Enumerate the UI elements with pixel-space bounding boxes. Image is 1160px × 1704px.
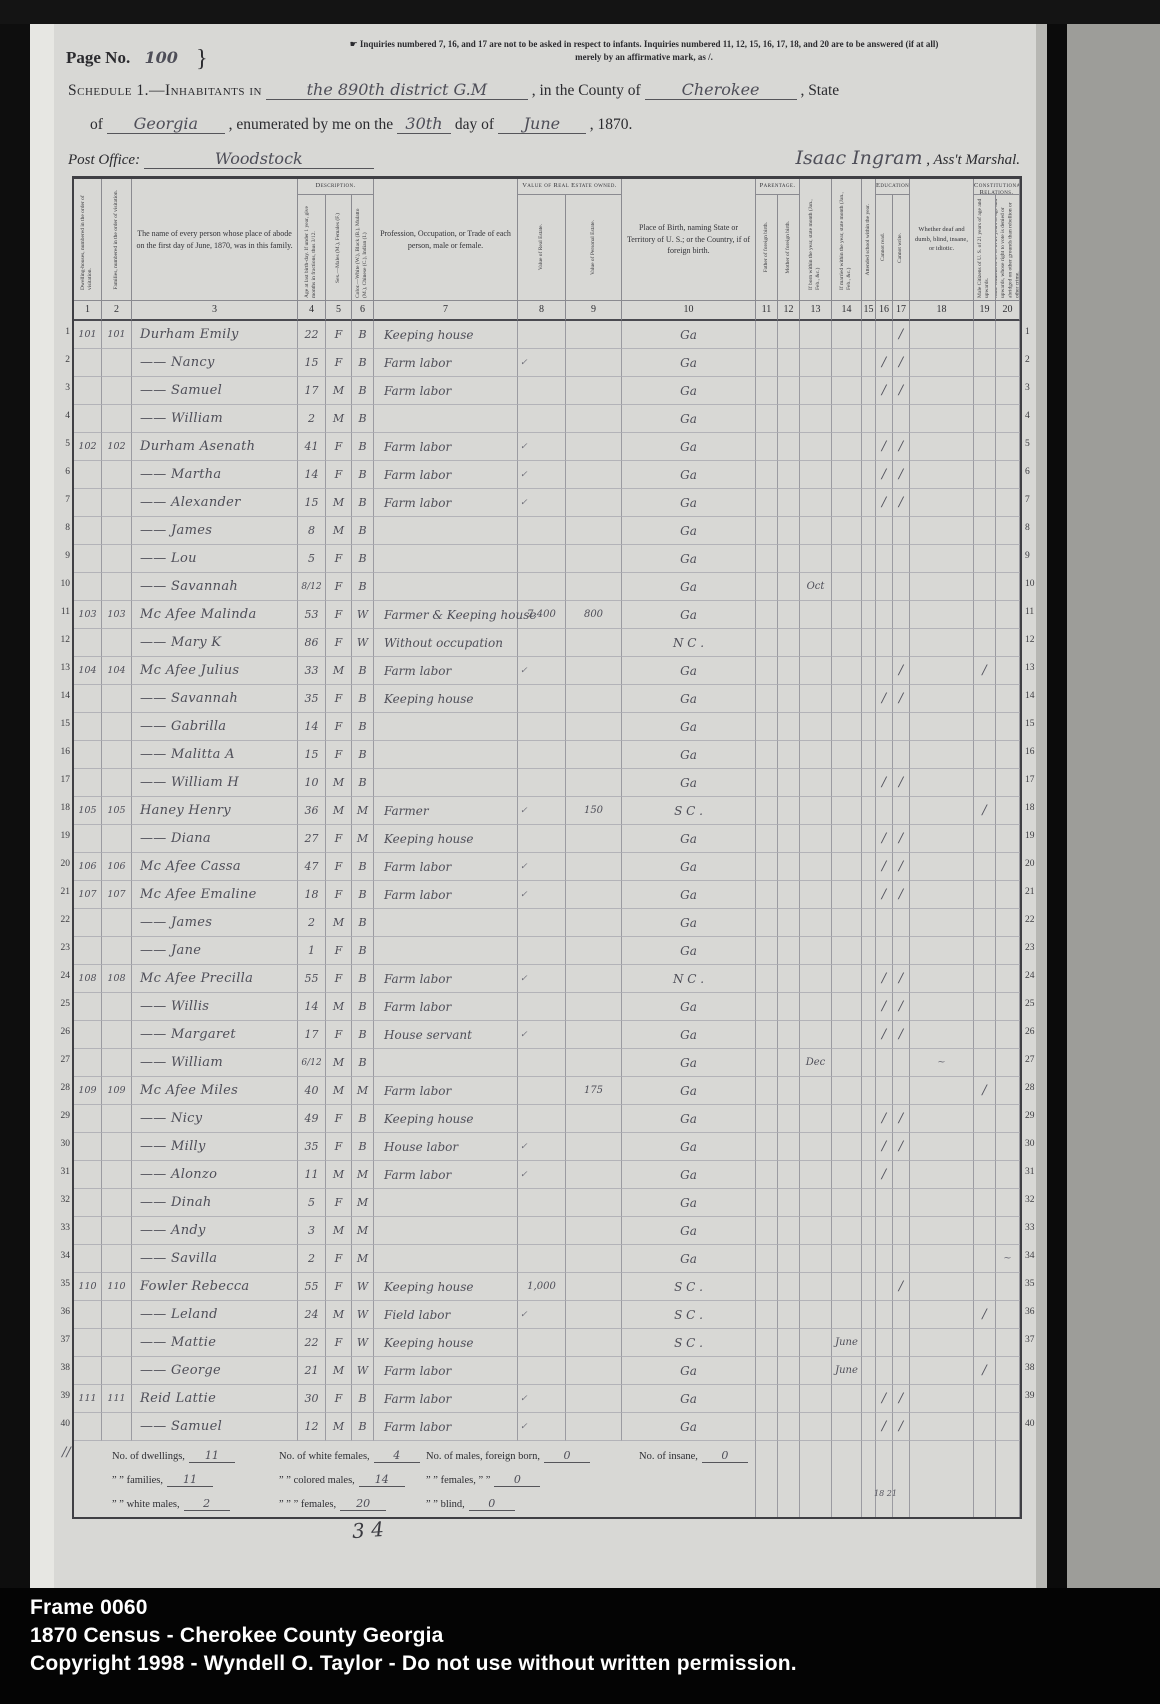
cell-r29-c18	[910, 1105, 974, 1133]
cell-r19-c4: 27	[298, 825, 326, 853]
post-office-label: Post Office:	[68, 152, 140, 168]
totals-empty-cell	[778, 1441, 800, 1517]
cell-r1-c18	[910, 321, 974, 349]
total-stat: ” ” ” females,20	[279, 1497, 386, 1511]
cell-r5-c5: F	[326, 433, 352, 461]
cell-r4-c14	[832, 405, 862, 433]
cell-r6-c2	[102, 461, 132, 489]
cell-r19-c15	[862, 825, 876, 853]
cell-r9-c11	[756, 545, 778, 573]
row-number: 6	[56, 458, 70, 486]
cell-r26-c6: B	[352, 1021, 374, 1049]
cell-r16-c17	[893, 741, 910, 769]
year-label: , 1870.	[590, 116, 633, 133]
cell-r6-c5: F	[326, 461, 352, 489]
col-title: The name of every person whose place of …	[132, 228, 297, 251]
cell-r38-c19: /	[974, 1357, 996, 1385]
col-title: If married within the year, state month …	[839, 190, 853, 290]
cell-r13-c4: 33	[298, 657, 326, 685]
row-number: 20	[56, 850, 70, 878]
cell-r11-c15	[862, 601, 876, 629]
col-number-13: 13	[800, 301, 832, 321]
cell-r24-c10: N C .	[622, 965, 756, 993]
cell-r32-c2	[102, 1189, 132, 1217]
cell-r21-c19	[974, 881, 996, 909]
cell-r40-c13	[800, 1413, 832, 1441]
cell-r27-c6: B	[352, 1049, 374, 1077]
cell-r13-c15	[862, 657, 876, 685]
row-number: 37	[56, 1326, 70, 1354]
cell-r15-c5: F	[326, 713, 352, 741]
cell-r21-c6: B	[352, 881, 374, 909]
cell-r37-c1	[74, 1329, 102, 1357]
cell-r1-c1: 101	[74, 321, 102, 349]
cell-r40-c1	[74, 1413, 102, 1441]
cell-r40-c8: ✓	[518, 1413, 566, 1441]
cell-r28-c20	[996, 1077, 1020, 1105]
cell-r21-c10: Ga	[622, 881, 756, 909]
cell-r14-c10: Ga	[622, 685, 756, 713]
cell-r1-c2: 101	[102, 321, 132, 349]
cell-r39-c16: /	[876, 1385, 893, 1413]
col-title: Age at last birth-day. If under 1 year, …	[304, 198, 318, 298]
cell-r38-c7: Farm labor	[374, 1357, 518, 1385]
row-number: 29	[56, 1102, 70, 1130]
cell-r2-c2	[102, 349, 132, 377]
cell-r1-c11	[756, 321, 778, 349]
col-header-14: If married within the year, state month …	[832, 179, 862, 301]
cell-r36-c4: 24	[298, 1301, 326, 1329]
total-value: 0	[494, 1473, 540, 1487]
cell-r1-c16	[876, 321, 893, 349]
cell-r32-c15	[862, 1189, 876, 1217]
cell-r34-c5: F	[326, 1245, 352, 1273]
cell-r36-c2	[102, 1301, 132, 1329]
cell-r5-c15	[862, 433, 876, 461]
cell-r19-c5: F	[326, 825, 352, 853]
cell-r10-c14	[832, 573, 862, 601]
cell-r21-c9	[566, 881, 622, 909]
cell-r23-c13	[800, 937, 832, 965]
cell-r21-c14	[832, 881, 862, 909]
scan-left-edge	[0, 0, 30, 1704]
row-number: 39	[1025, 1382, 1039, 1410]
cell-r1-c19	[974, 321, 996, 349]
col-header-5: Sex.—Males (M.), Females (F.)	[326, 195, 352, 301]
cell-r33-c6: M	[352, 1217, 374, 1245]
cell-r31-c6: M	[352, 1161, 374, 1189]
cell-r3-c15	[862, 377, 876, 405]
cell-r39-c12	[778, 1385, 800, 1413]
cell-r22-c13	[800, 909, 832, 937]
row-number: 28	[56, 1074, 70, 1102]
cell-r35-c19	[974, 1273, 996, 1301]
cell-r11-c6: W	[352, 601, 374, 629]
cell-r2-c16: /	[876, 349, 893, 377]
cell-r38-c3: —— George	[132, 1357, 298, 1385]
cell-r21-c20	[996, 881, 1020, 909]
pencil-scribble: 3 4	[351, 1517, 384, 1543]
cell-r18-c10: S C .	[622, 797, 756, 825]
cell-r3-c17: /	[893, 377, 910, 405]
cell-r36-c11	[756, 1301, 778, 1329]
cell-r2-c13	[800, 349, 832, 377]
cell-r19-c6: M	[352, 825, 374, 853]
cell-r38-c2	[102, 1357, 132, 1385]
row-number: 3	[56, 374, 70, 402]
cell-r25-c5: M	[326, 993, 352, 1021]
col-title: Whether deaf and dumb, blind, insane, or…	[910, 225, 973, 253]
cell-r32-c20	[996, 1189, 1020, 1217]
cell-r15-c10: Ga	[622, 713, 756, 741]
cell-r23-c10: Ga	[622, 937, 756, 965]
totals-empty-cell	[876, 1441, 893, 1517]
cell-r17-c6: B	[352, 769, 374, 797]
col-title: Male Citizens of U. S. of 21 years of ag…	[996, 198, 1020, 298]
totals-empty-cell	[893, 1441, 910, 1517]
cell-r37-c19	[974, 1329, 996, 1357]
cell-r16-c15	[862, 741, 876, 769]
cell-r16-c19	[974, 741, 996, 769]
cell-r34-c8	[518, 1245, 566, 1273]
cell-r34-c14	[832, 1245, 862, 1273]
totals-block: No. of dwellings,11No. of white females,…	[74, 1441, 756, 1517]
cell-r5-c13	[800, 433, 832, 461]
cell-r29-c15	[862, 1105, 876, 1133]
cell-r37-c18	[910, 1329, 974, 1357]
cell-r11-c19	[974, 601, 996, 629]
col-header-8: Value of Real Estate.	[518, 195, 566, 301]
cell-r19-c11	[756, 825, 778, 853]
cell-r17-c20	[996, 769, 1020, 797]
row-number: 5	[56, 430, 70, 458]
cell-r35-c16	[876, 1273, 893, 1301]
cell-r11-c12	[778, 601, 800, 629]
row-number: 21	[1025, 878, 1039, 906]
cell-r39-c11	[756, 1385, 778, 1413]
cell-r7-c4: 15	[298, 489, 326, 517]
cell-r27-c14	[832, 1049, 862, 1077]
cell-r9-c2	[102, 545, 132, 573]
cell-r30-c10: Ga	[622, 1133, 756, 1161]
cell-r13-c2: 104	[102, 657, 132, 685]
cell-r13-c6: B	[352, 657, 374, 685]
cell-r35-c3: Fowler Rebecca	[132, 1273, 298, 1301]
row-number: 13	[1025, 654, 1039, 682]
cell-r11-c18	[910, 601, 974, 629]
cell-r30-c13	[800, 1133, 832, 1161]
cell-r40-c16: /	[876, 1413, 893, 1441]
row-number: 38	[1025, 1354, 1039, 1382]
cell-r14-c14	[832, 685, 862, 713]
row-number: 23	[1025, 934, 1039, 962]
cell-r27-c12	[778, 1049, 800, 1077]
cell-r8-c15	[862, 517, 876, 545]
cell-r33-c1	[74, 1217, 102, 1245]
cell-r40-c19	[974, 1413, 996, 1441]
cell-r8-c8	[518, 517, 566, 545]
col-number-19: 19	[974, 301, 996, 321]
cell-r17-c19	[974, 769, 996, 797]
cell-r15-c1	[74, 713, 102, 741]
cell-r19-c9	[566, 825, 622, 853]
cell-r10-c20	[996, 573, 1020, 601]
cell-r36-c12	[778, 1301, 800, 1329]
cell-r25-c2	[102, 993, 132, 1021]
col-title: Sex.—Males (M.), Females (F.)	[335, 213, 342, 283]
cell-r27-c7	[374, 1049, 518, 1077]
cell-r15-c4: 14	[298, 713, 326, 741]
row-numbers-left: 1234567891011121314151617181920212223242…	[56, 176, 72, 1519]
row-number: 28	[1025, 1074, 1039, 1102]
cell-r5-c4: 41	[298, 433, 326, 461]
cell-r30-c18	[910, 1133, 974, 1161]
cell-r32-c14	[832, 1189, 862, 1217]
cell-r7-c11	[756, 489, 778, 517]
cell-r4-c5: M	[326, 405, 352, 433]
cell-r29-c5: F	[326, 1105, 352, 1133]
cell-r16-c10: Ga	[622, 741, 756, 769]
cell-r9-c4: 5	[298, 545, 326, 573]
cell-r12-c3: —— Mary K	[132, 629, 298, 657]
cell-r16-c14	[832, 741, 862, 769]
cell-r12-c6: W	[352, 629, 374, 657]
cell-r39-c4: 30	[298, 1385, 326, 1413]
total-value: 20	[340, 1497, 386, 1511]
cell-r34-c3: —— Savilla	[132, 1245, 298, 1273]
row-number: 9	[56, 542, 70, 570]
cell-r3-c13	[800, 377, 832, 405]
enumerated-label: , enumerated by me on the	[229, 116, 393, 133]
cell-r38-c17	[893, 1357, 910, 1385]
cell-r15-c2	[102, 713, 132, 741]
cell-r26-c17: /	[893, 1021, 910, 1049]
cell-r13-c10: Ga	[622, 657, 756, 685]
cell-r2-c12	[778, 349, 800, 377]
cell-r25-c13	[800, 993, 832, 1021]
totals-empty-cell	[910, 1441, 974, 1517]
cell-r8-c16	[876, 517, 893, 545]
cell-r23-c12	[778, 937, 800, 965]
row-number: 3	[1025, 374, 1039, 402]
cell-r40-c15	[862, 1413, 876, 1441]
cell-r18-c8: ✓	[518, 797, 566, 825]
totals-empty-cell	[800, 1441, 832, 1517]
cell-r16-c18	[910, 741, 974, 769]
row-number: 26	[1025, 1018, 1039, 1046]
state-word: , State	[800, 82, 839, 99]
cell-r15-c3: —— Gabrilla	[132, 713, 298, 741]
cell-r23-c6: B	[352, 937, 374, 965]
cell-r24-c5: F	[326, 965, 352, 993]
col-number-3: 3	[132, 301, 298, 321]
cell-r20-c3: Mc Afee Cassa	[132, 853, 298, 881]
cell-r12-c15	[862, 629, 876, 657]
cell-r22-c7	[374, 909, 518, 937]
cell-r8-c10: Ga	[622, 517, 756, 545]
cell-r27-c5: M	[326, 1049, 352, 1077]
col-number-17: 17	[893, 301, 910, 321]
row-number: 4	[56, 402, 70, 430]
cell-r26-c20	[996, 1021, 1020, 1049]
cell-r20-c2: 106	[102, 853, 132, 881]
col-title: Cannot write.	[897, 233, 904, 263]
cell-r39-c14	[832, 1385, 862, 1413]
cell-r24-c18	[910, 965, 974, 993]
cell-r2-c11	[756, 349, 778, 377]
cell-r18-c6: M	[352, 797, 374, 825]
cell-r24-c3: Mc Afee Precilla	[132, 965, 298, 993]
total-stat: No. of dwellings,11	[112, 1449, 235, 1463]
cell-r4-c12	[778, 405, 800, 433]
cell-r4-c3: —— William	[132, 405, 298, 433]
total-stat: ” ” blind,0	[426, 1497, 515, 1511]
cell-r39-c10: Ga	[622, 1385, 756, 1413]
row-numbers-right: 1234567891011121314151617181920212223242…	[1022, 176, 1039, 1519]
cell-r16-c5: F	[326, 741, 352, 769]
cell-r2-c5: F	[326, 349, 352, 377]
cell-r19-c19	[974, 825, 996, 853]
county-value: Cherokee	[645, 80, 797, 100]
cell-r3-c3: —— Samuel	[132, 377, 298, 405]
cell-r23-c3: —— Jane	[132, 937, 298, 965]
cell-r25-c9	[566, 993, 622, 1021]
cell-r5-c14	[832, 433, 862, 461]
cell-r30-c1	[74, 1133, 102, 1161]
row-number: 2	[56, 346, 70, 374]
cell-r8-c11	[756, 517, 778, 545]
cell-r18-c13	[800, 797, 832, 825]
cell-r39-c15	[862, 1385, 876, 1413]
cell-r11-c20	[996, 601, 1020, 629]
cell-r8-c3: —— James	[132, 517, 298, 545]
cell-r16-c3: —— Malitta A	[132, 741, 298, 769]
cell-r9-c3: —— Lou	[132, 545, 298, 573]
cell-r7-c13	[800, 489, 832, 517]
cell-r10-c1	[74, 573, 102, 601]
cell-r5-c3: Durham Asenath	[132, 433, 298, 461]
cell-r14-c7: Keeping house	[374, 685, 518, 713]
cell-r4-c8	[518, 405, 566, 433]
cell-r40-c2	[102, 1413, 132, 1441]
cell-r36-c18	[910, 1301, 974, 1329]
cell-r33-c3: —— Andy	[132, 1217, 298, 1245]
cell-r6-c19	[974, 461, 996, 489]
row-number: 33	[1025, 1214, 1039, 1242]
cell-r37-c16	[876, 1329, 893, 1357]
schedule-label: Schedule 1.—Inhabitants in	[68, 82, 262, 99]
cell-r29-c12	[778, 1105, 800, 1133]
cell-r33-c20	[996, 1217, 1020, 1245]
cell-r4-c11	[756, 405, 778, 433]
cell-r3-c7: Farm labor	[374, 377, 518, 405]
cell-r31-c18	[910, 1161, 974, 1189]
cell-r7-c2	[102, 489, 132, 517]
cell-r8-c9	[566, 517, 622, 545]
cell-r31-c7: Farm labor	[374, 1161, 518, 1189]
cell-r8-c17	[893, 517, 910, 545]
cell-r8-c18	[910, 517, 974, 545]
cell-r25-c20	[996, 993, 1020, 1021]
row-number: 32	[56, 1186, 70, 1214]
cell-r37-c10: S C .	[622, 1329, 756, 1357]
row-number: 2	[1025, 346, 1039, 374]
cell-r6-c7: Farm labor	[374, 461, 518, 489]
gutter-spacer	[1025, 176, 1039, 318]
cell-r18-c14	[832, 797, 862, 825]
cell-r19-c2	[102, 825, 132, 853]
cell-r23-c16	[876, 937, 893, 965]
cell-r30-c5: F	[326, 1133, 352, 1161]
cell-r2-c20	[996, 349, 1020, 377]
caption-title: 1870 Census - Cherokee County Georgia	[30, 1624, 444, 1648]
cell-r33-c7	[374, 1217, 518, 1245]
cell-r10-c5: F	[326, 573, 352, 601]
cell-r16-c1	[74, 741, 102, 769]
cell-r26-c12	[778, 1021, 800, 1049]
cell-r15-c20	[996, 713, 1020, 741]
cell-r14-c11	[756, 685, 778, 713]
cell-r38-c15	[862, 1357, 876, 1385]
cell-r29-c10: Ga	[622, 1105, 756, 1133]
cell-r21-c5: F	[326, 881, 352, 909]
cell-r34-c2	[102, 1245, 132, 1273]
cell-r24-c17: /	[893, 965, 910, 993]
row-number: 36	[56, 1298, 70, 1326]
cell-r21-c16: /	[876, 881, 893, 909]
cell-r9-c5: F	[326, 545, 352, 573]
cell-r29-c20	[996, 1105, 1020, 1133]
cell-r37-c5: F	[326, 1329, 352, 1357]
cell-r1-c13	[800, 321, 832, 349]
cell-r39-c5: F	[326, 1385, 352, 1413]
cell-r16-c16	[876, 741, 893, 769]
cell-r7-c16: /	[876, 489, 893, 517]
col-number-16: 16	[876, 301, 893, 321]
cell-r9-c9	[566, 545, 622, 573]
cell-r2-c9	[566, 349, 622, 377]
col-title: Profession, Occupation, or Trade of each…	[374, 228, 517, 251]
cell-r29-c19	[974, 1105, 996, 1133]
cell-r6-c20	[996, 461, 1020, 489]
cell-r18-c7: Farmer	[374, 797, 518, 825]
cell-r35-c9	[566, 1273, 622, 1301]
cell-r28-c7: Farm labor	[374, 1077, 518, 1105]
row-number: 8	[56, 514, 70, 542]
cell-r29-c13	[800, 1105, 832, 1133]
cell-r1-c6: B	[352, 321, 374, 349]
cell-r18-c9: 150	[566, 797, 622, 825]
cell-r25-c4: 14	[298, 993, 326, 1021]
instructions-line1: Inquiries numbered 7, 16, and 17 are not…	[360, 39, 939, 49]
cell-r34-c7	[374, 1245, 518, 1273]
cell-r7-c14	[832, 489, 862, 517]
district-value: the 890th district G.M	[266, 80, 528, 100]
row-number: 22	[1025, 906, 1039, 934]
cell-r10-c4: 8/12	[298, 573, 326, 601]
marshal-signature: Isaac Ingram	[796, 147, 923, 169]
cell-r3-c20	[996, 377, 1020, 405]
cell-r6-c17: /	[893, 461, 910, 489]
cell-r4-c10: Ga	[622, 405, 756, 433]
cell-r27-c17	[893, 1049, 910, 1077]
census-scan: { "header": { "page_no_label": "Page No.…	[0, 0, 1160, 1704]
row-number: 1	[1025, 318, 1039, 346]
cell-r15-c6: B	[352, 713, 374, 741]
cell-r25-c1	[74, 993, 102, 1021]
cell-r39-c18	[910, 1385, 974, 1413]
cell-r6-c4: 14	[298, 461, 326, 489]
